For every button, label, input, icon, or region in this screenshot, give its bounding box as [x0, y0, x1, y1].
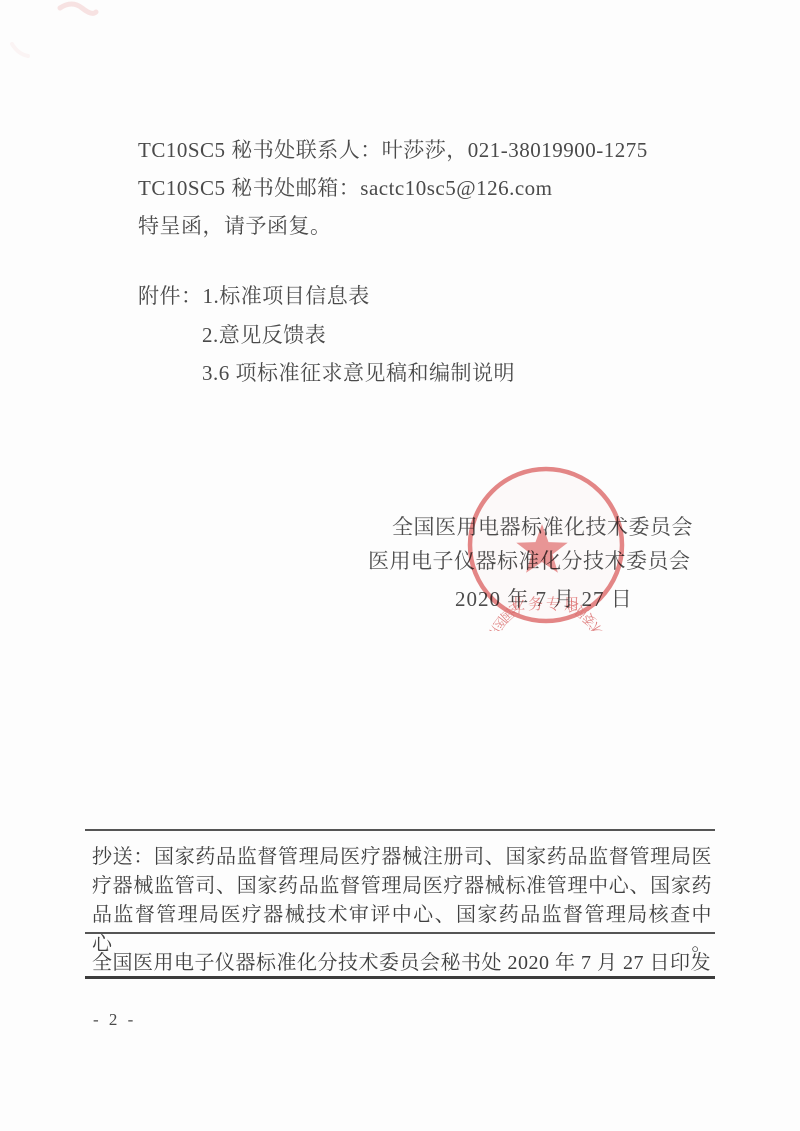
- contact-line: TC10SC5 秘书处联系人：叶莎莎，021-38019900-1275: [138, 134, 648, 164]
- signature-date-line: 2020 年 7 月 27 日: [455, 583, 633, 613]
- divider-middle: [85, 932, 715, 934]
- red-pen-smudge: [0, 0, 130, 80]
- cc-line: 疗器械监管司、国家药品监督管理局医疗器械标准管理中心、国家药: [92, 872, 712, 901]
- email-line: TC10SC5 秘书处邮箱：sactc10sc5@126.com: [138, 172, 552, 202]
- imprint-line: 全国医用电子仪器标准化分技术委员会秘书处 2020 年 7 月 27 日印发: [92, 946, 712, 975]
- attachment-item: 3.6 项标准征求意见稿和编制说明: [202, 357, 515, 387]
- cc-block: 抄送：国家药品监督管理局医疗器械注册司、国家药品监督管理局医 疗器械监管司、国家…: [92, 843, 712, 959]
- attachment-item: 1.标准项目信息表: [203, 280, 370, 310]
- divider-bottom: [85, 976, 715, 979]
- signature-org-line-1: 全国医用电器标准化技术委员会: [392, 511, 693, 541]
- attachment-item: 2.意见反馈表: [202, 319, 326, 349]
- attachments-label: 附件：: [138, 280, 203, 310]
- signature-org-line-2: 医用电子仪器标准化分技术委员会: [368, 545, 691, 575]
- cc-line: 抄送：国家药品监督管理局医疗器械注册司、国家药品监督管理局医: [92, 843, 712, 872]
- page-number: - 2 -: [93, 1010, 136, 1030]
- closing-line: 特呈函，请予函复。: [138, 210, 332, 240]
- scanned-letter-page: { "page": { "number": "- 2 -" }, "letter…: [0, 0, 800, 1131]
- divider-top: [85, 829, 715, 831]
- attachments-row-1: 附件： 1.标准项目信息表: [138, 280, 370, 310]
